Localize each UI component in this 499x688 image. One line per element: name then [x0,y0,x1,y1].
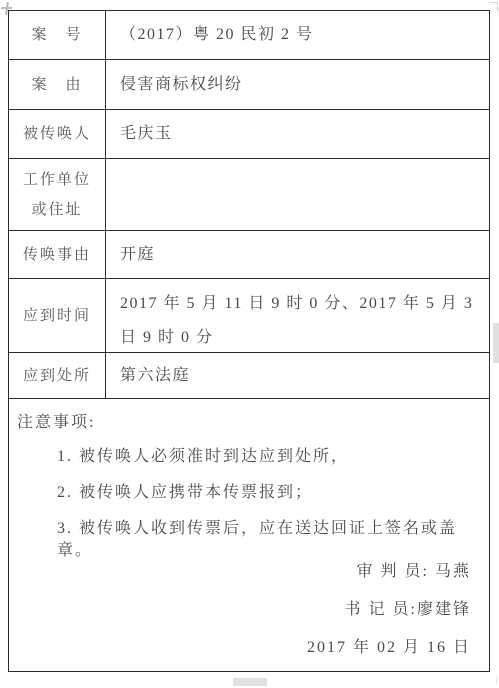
scan-smudge-bottom [233,678,267,686]
clerk-signature-line: 书 记 员:廖建锋 [307,591,471,629]
row-notes: 注意事项: 1. 被传唤人必须准时到达应到处所， 2. 被传唤人应携带本传票报到… [9,399,489,671]
document-date-line: 2017 年 02 月 16 日 [307,629,471,667]
case-number-value: （2017）粤 20 民初 2 号 [106,11,489,59]
cause-value: 侵害商标权纠纷 [106,60,489,109]
summons-reason-value: 开庭 [106,231,489,278]
row-work-unit-address: 工作单位 或住址 [9,159,489,231]
appearance-place-value: 第六法庭 [106,353,489,398]
scan-smudge-right-edge [493,323,499,363]
notes-heading: 注意事项: [17,409,489,432]
row-appearance-place: 应到处所 第六法庭 [9,353,489,399]
appearance-time-value: 2017 年 5 月 11 日 9 时 0 分、2017 年 5 月 3 日 9… [106,279,489,352]
row-summoned-person: 被传唤人 毛庆玉 [9,110,489,159]
work-unit-label-line1: 工作单位 [23,165,91,195]
note-item-1: 1. 被传唤人必须准时到达应到处所， [57,446,489,468]
row-cause-of-action: 案 由 侵害商标权纠纷 [9,60,489,110]
row-appearance-time: 应到时间 2017 年 5 月 11 日 9 时 0 分、2017 年 5 月 … [9,279,489,353]
summoned-person-label: 被传唤人 [9,110,106,158]
note-item-2: 2. 被传唤人应携带本传票报到； [57,482,489,504]
row-case-number: 案 号 （2017）粤 20 民初 2 号 [9,11,489,60]
case-number-label: 案 号 [9,11,106,59]
scan-corner-mark-top-right [489,2,498,11]
appearance-place-label: 应到处所 [9,353,106,398]
cause-label: 案 由 [9,60,106,109]
work-unit-label: 工作单位 或住址 [9,159,106,230]
summoned-person-value: 毛庆玉 [106,110,489,158]
work-unit-label-line2: 或住址 [31,195,82,225]
judge-signature-line: 审 判 员: 马燕 [307,553,471,591]
summons-table: 案 号 （2017）粤 20 民初 2 号 案 由 侵害商标权纠纷 被传唤人 毛… [8,10,490,672]
row-summons-reason: 传唤事由 开庭 [9,231,489,279]
signature-block: 审 判 员: 马燕 书 记 员:廖建锋 2017 年 02 月 16 日 [307,553,471,667]
appearance-time-label: 应到时间 [9,279,106,352]
work-unit-value [106,159,489,230]
summons-reason-label: 传唤事由 [9,231,106,278]
scan-corner-mark-bottom-right [489,677,497,684]
